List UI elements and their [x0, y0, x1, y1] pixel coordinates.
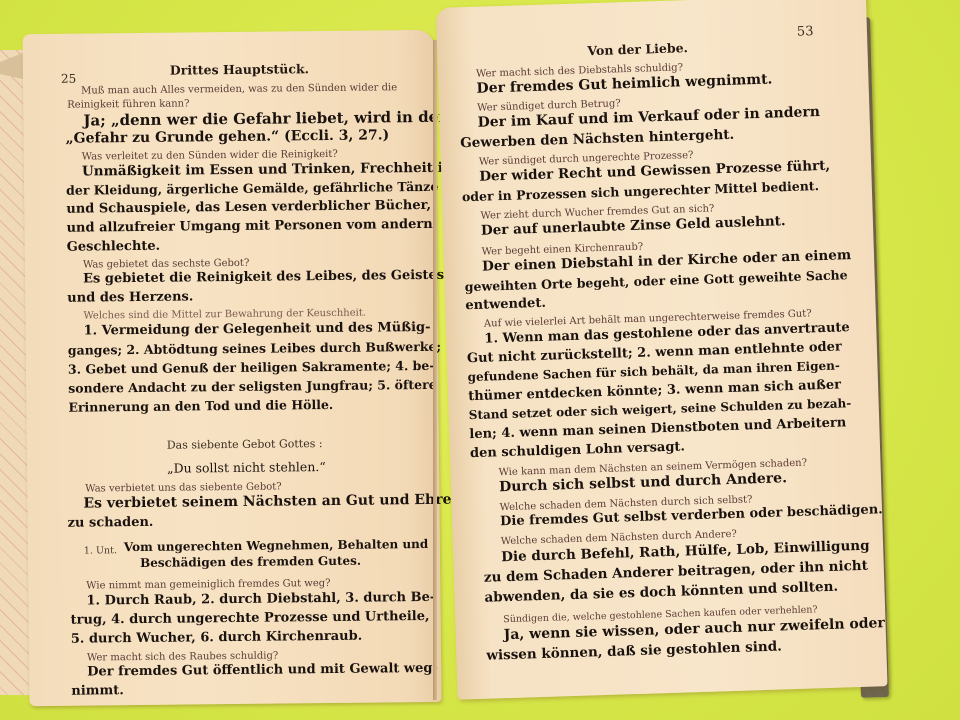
answer: Gewerben den Nächsten hintergeht.: [460, 127, 734, 152]
answer: der Kleidung, ärgerliche Gemälde, gefähr…: [66, 179, 438, 198]
answer: sondere Andacht zu der seligsten Jungfra…: [68, 377, 437, 396]
answer: trug, 4. durch ungerechte Prozesse und U…: [71, 609, 430, 628]
answer: 5. durch Wucher, 6. durch Kirchenraub.: [71, 629, 363, 647]
running-head: Von der Liebe.: [587, 40, 688, 58]
question: Was gebietet das sechste Gebot?: [83, 258, 249, 271]
answer: und des Herzens.: [67, 289, 193, 305]
right-page: 53 Von der Liebe. Wer macht sich des Die…: [436, 0, 888, 700]
running-head: Drittes Hauptstück.: [170, 61, 309, 77]
answer: Ja; „denn wer die Gefahr liebet, wird in…: [83, 108, 446, 130]
answer: und Schauspiele, das Lesen verderblicher…: [66, 198, 431, 217]
answer: 1. Vermeidung der Gelegenheit und des Mü…: [84, 320, 431, 339]
answer: Es gebietet die Reinigkeit des Leibes, d…: [83, 268, 444, 287]
answer: 1. Durch Raub, 2. durch Diebstahl, 3. du…: [86, 590, 435, 609]
answer: entwendet.: [465, 296, 546, 314]
answer: zu schaden.: [68, 515, 154, 531]
section-heading: Das siebente Gebot Gottes :: [167, 437, 323, 452]
answer: den schuldigen Lohn versagt.: [470, 439, 685, 461]
answer: Unmäßigkeit im Essen und Trinken, Frechh…: [82, 160, 453, 180]
subsection-title: Vom ungerechten Wegnehmen, Behalten und: [124, 537, 429, 554]
answer: Geschlechte.: [67, 239, 161, 255]
answer: ganges; 2. Abtödtung seines Leibes durch…: [68, 339, 441, 358]
question: Was verbietet uns das siebente Gebot?: [85, 481, 281, 494]
left-page: 25 Drittes Hauptstück. Muß man auch Alle…: [22, 30, 441, 706]
answer: und allzufreier Umgang mit Personen vom …: [66, 217, 432, 236]
question: Reinigkeit führen kann?: [67, 98, 189, 110]
answer: Es verbietet seinem Nächsten an Gut und …: [83, 492, 451, 512]
answer: Erinnerung an den Tod und die Hölle.: [68, 397, 333, 415]
question: Welches sind die Mittel zur Bewahrung de…: [83, 308, 366, 322]
question: Muß man auch Alles vermeiden, was zu den…: [81, 82, 397, 96]
answer: „Gefahr zu Grunde gehen.“ (Eccli. 3, 27.…: [66, 127, 390, 146]
page-number: 53: [797, 24, 814, 40]
answer: nimmt.: [71, 683, 124, 699]
book-gutter: [433, 40, 437, 700]
question: Wie nimmt man gemeiniglich fremdes Gut w…: [86, 578, 330, 592]
commandment-quote: „Du sollst nicht stehlen.“: [167, 459, 326, 476]
question: Wer macht sich des Raubes schuldig?: [87, 651, 278, 664]
subsection-title: Beschädigen des fremden Gutes.: [140, 554, 361, 570]
answer: Der fremdes Gut öffentlich und mit Gewal…: [87, 661, 438, 680]
answer: 3. Gebet und Genuß der heiligen Sakramen…: [68, 358, 435, 377]
subsection-label: 1. Unt.: [84, 545, 117, 556]
page-number: 25: [61, 72, 76, 86]
